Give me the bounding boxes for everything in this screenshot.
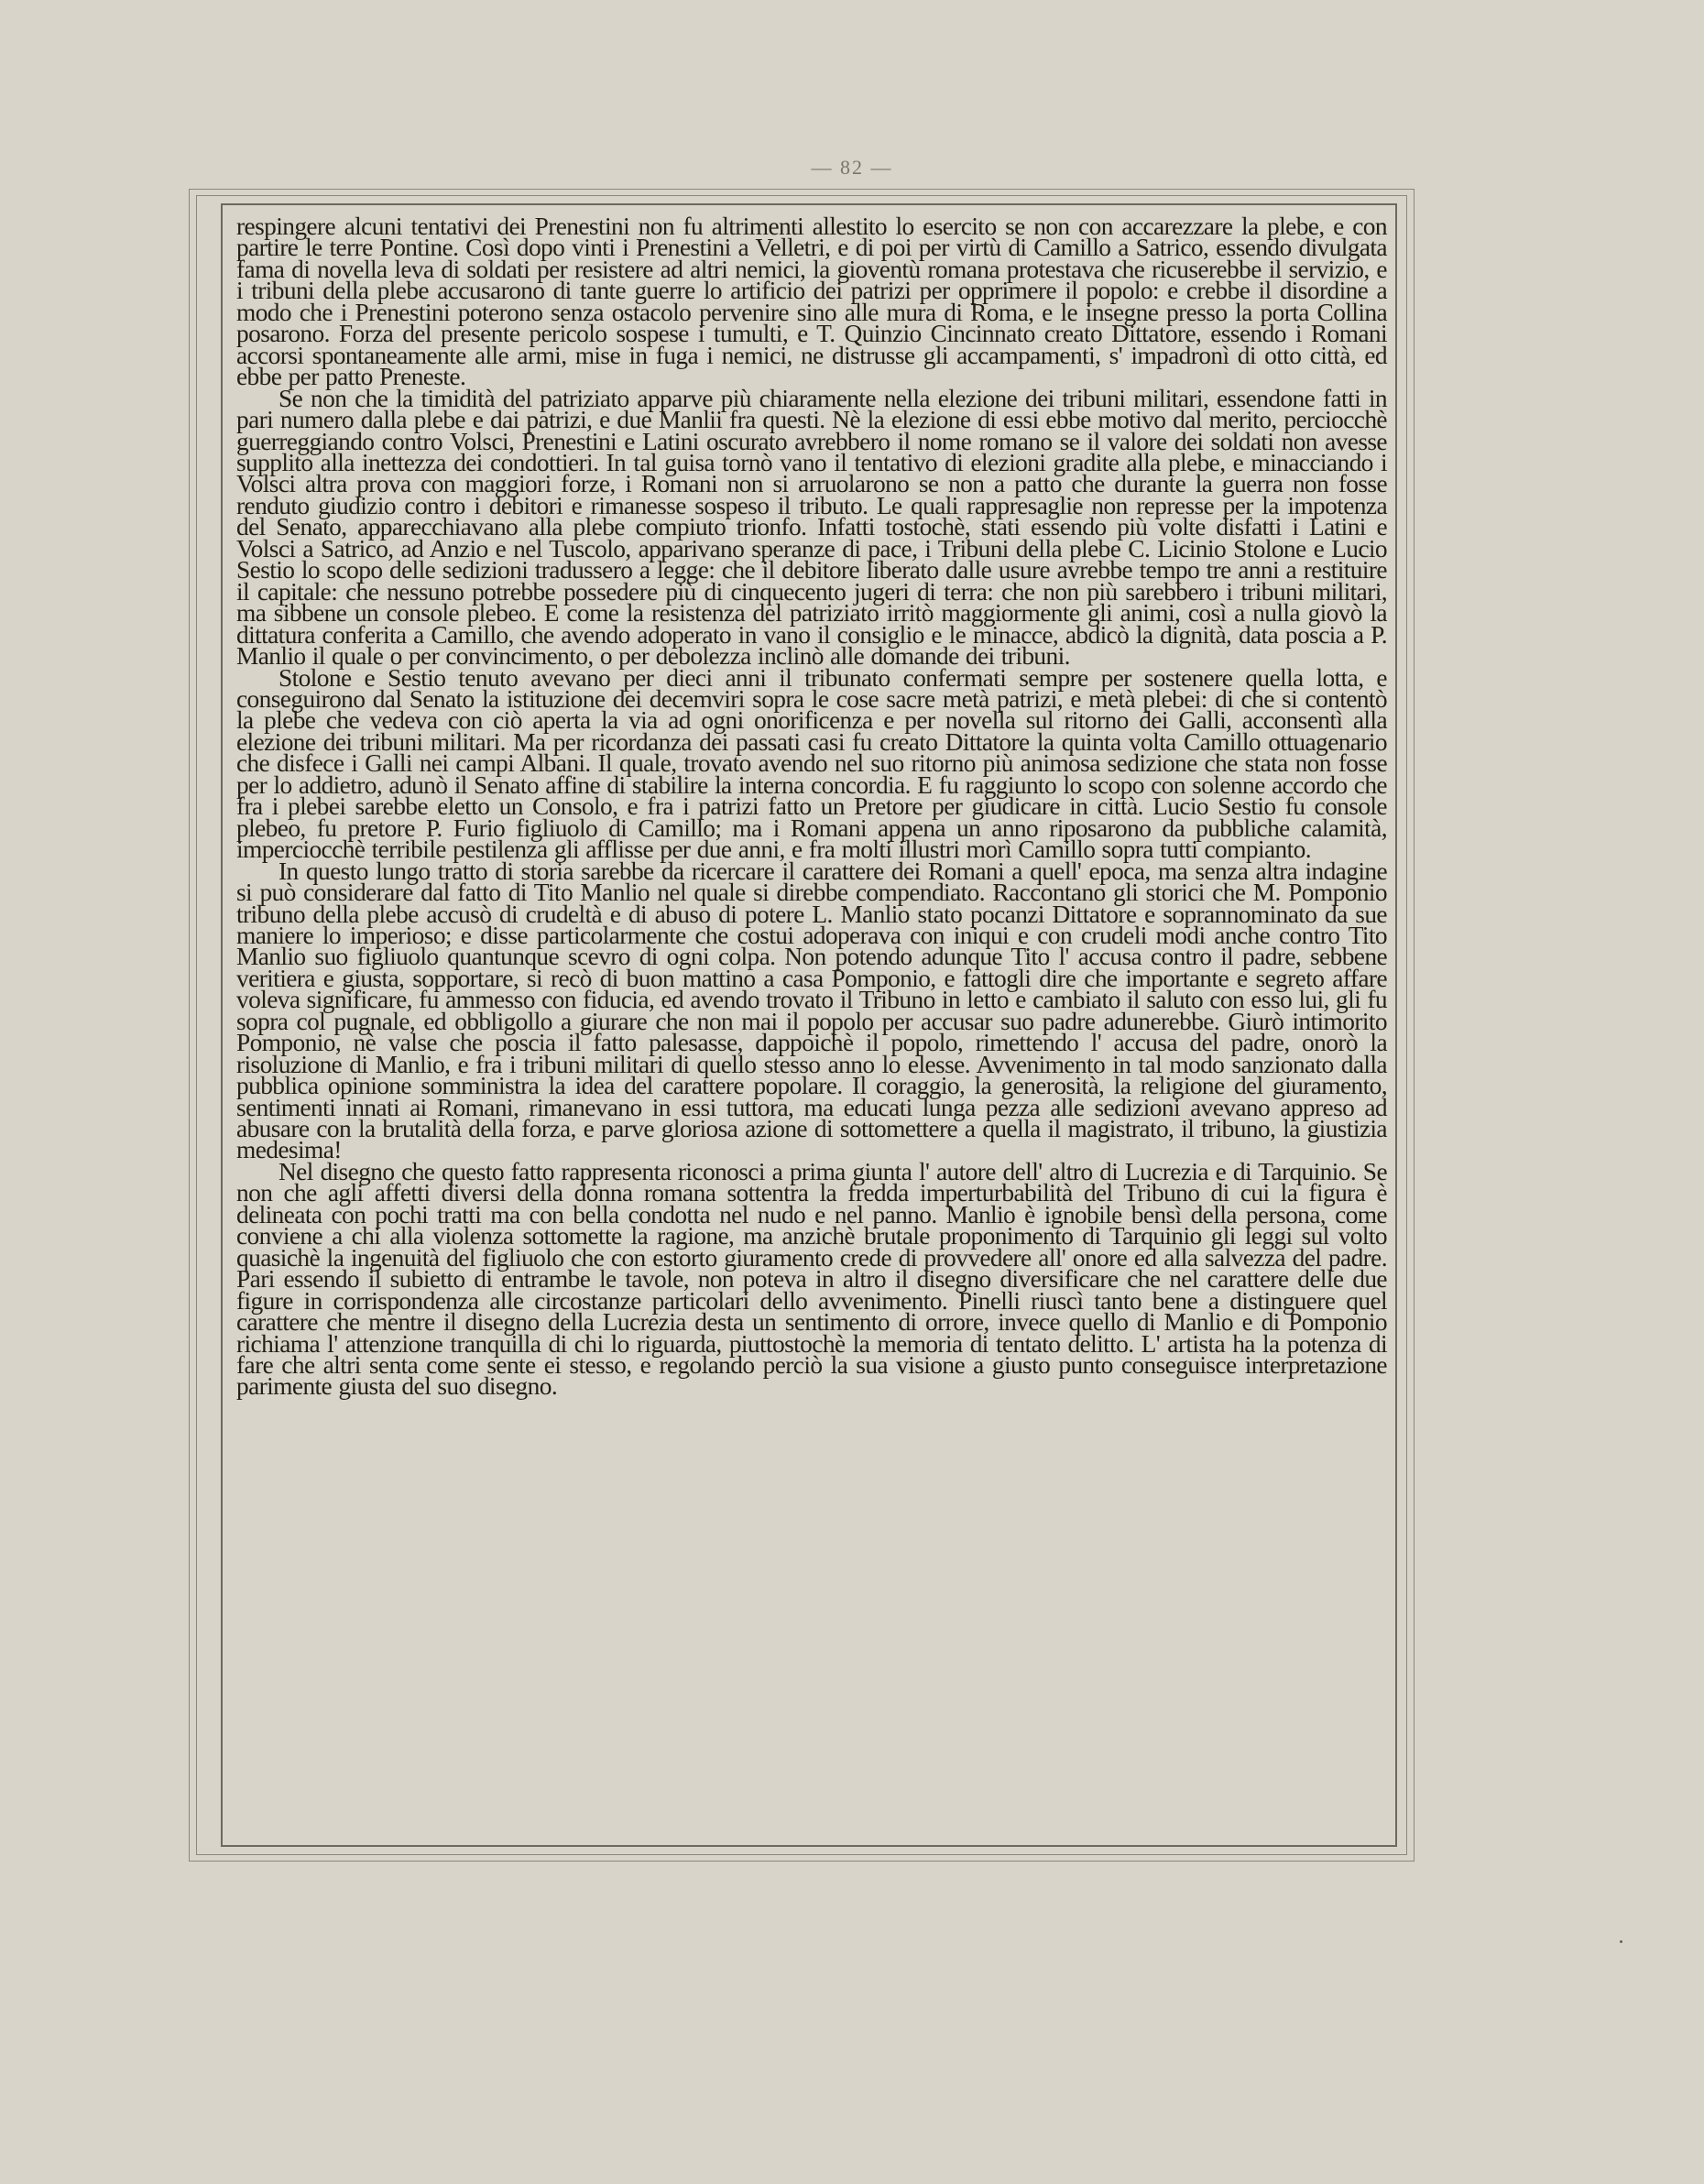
paragraph-1: respingere alcuni tentativi dei Prenesti… — [236, 216, 1387, 388]
paragraph-5: Nel disegno che questo fatto rappresenta… — [236, 1162, 1387, 1398]
paragraph-3: Stolone e Sestio tenuto avevano per diec… — [236, 668, 1387, 861]
paragraph-2: Se non che la timidità del patriziato ap… — [236, 388, 1387, 668]
paper-speck — [1620, 1940, 1622, 1943]
paragraph-4: In questo lungo tratto di storia sarebbe… — [236, 861, 1387, 1162]
page-number: — 82 — — [0, 156, 1704, 180]
body-text: respingere alcuni tentativi dei Prenesti… — [236, 216, 1387, 1398]
